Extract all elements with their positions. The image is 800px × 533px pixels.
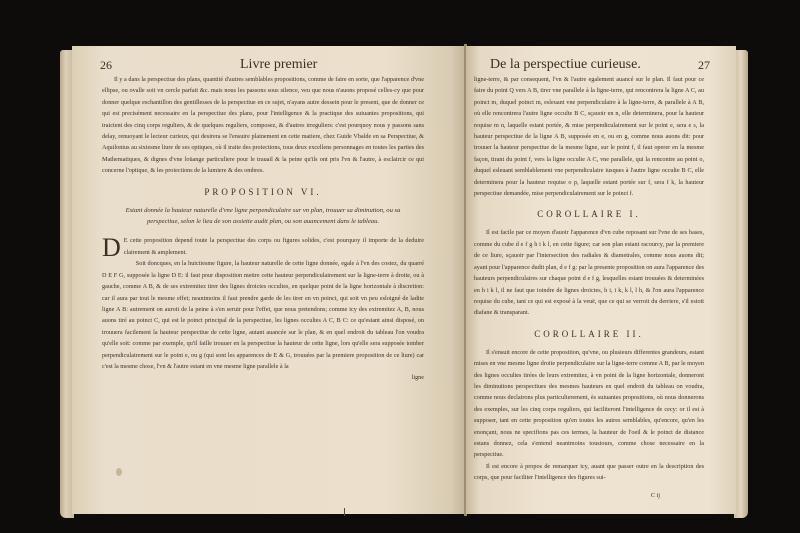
body-paragraph-1: DE cette proposition depend toute la per… [102, 235, 424, 258]
left-running-head: 26 Livre premier [102, 56, 424, 74]
running-head-title-left: Livre premier [240, 56, 317, 74]
right-page: De la perspectiue curieuse. 27 ligne-ter… [466, 46, 736, 514]
right-page-content: De la perspectiue curieuse. 27 ligne-ter… [474, 56, 704, 501]
body-paragraph-2: Soit doncques, en la huictiesme figure, … [102, 258, 424, 372]
final-paragraph: Il est encore à propos de remarquer icy,… [474, 461, 704, 484]
running-head-title-right: De la perspectiue curieuse. [490, 56, 641, 74]
corollary-1-heading: COROLLAIRE I. [474, 203, 704, 225]
continuation-paragraph: ligne-terre, & par consequent, l'vn & l'… [474, 74, 704, 199]
right-running-head: De la perspectiue curieuse. 27 [474, 56, 704, 74]
page-number-left: 26 [100, 56, 112, 74]
body-paragraph-1-text: E cette proposition depend toute la pers… [124, 237, 424, 255]
paper-mark [344, 508, 345, 516]
signature-mark: C ij [474, 490, 704, 501]
left-page-content: 26 Livre premier Il y a dans la perspect… [102, 56, 424, 384]
drop-cap: D [102, 237, 121, 259]
paper-stain [116, 468, 122, 476]
right-page-edges [734, 50, 748, 518]
left-page: 26 Livre premier Il y a dans la perspect… [72, 46, 466, 514]
corollary-2-heading: COROLLAIRE II. [474, 323, 704, 345]
corollary-2-text: Il s'ensuit encore de cette proposition,… [474, 347, 704, 461]
proposition-statement: Estant donnée la hauteur naturelle d'vne… [120, 205, 406, 228]
open-book: 26 Livre premier Il y a dans la perspect… [60, 44, 748, 522]
catchword: ligne [102, 372, 424, 383]
intro-paragraph: Il y a dans la perspectiue des plans, qu… [102, 74, 424, 177]
page-number-right: 27 [698, 56, 710, 74]
corollary-1-text: Il est facile par ce moyen d'auoir l'app… [474, 227, 704, 318]
proposition-heading: PROPOSITION VI. [102, 181, 424, 203]
